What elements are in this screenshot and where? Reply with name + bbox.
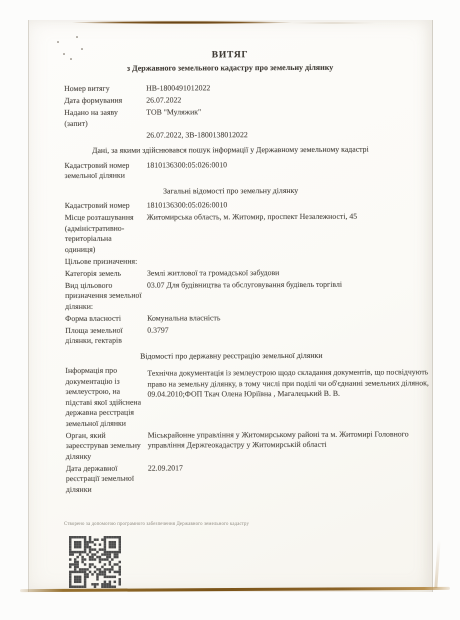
scan-speck bbox=[76, 36, 78, 38]
field-label: Орган, який зареєстрував земельну ділянк… bbox=[66, 430, 148, 462]
field-label: Категорія земель bbox=[65, 268, 147, 279]
scan-speck bbox=[63, 53, 65, 55]
field-row: Категорія земель Землі житлової та грома… bbox=[65, 267, 433, 279]
field-row: Номер витягу НВ-1800491012022 bbox=[64, 82, 432, 94]
field-row: Вид цільового призначення земельної діля… bbox=[65, 279, 433, 312]
field-label: Кадастровий номер земельної ділянки bbox=[64, 160, 146, 181]
field-label: Інформація про документацію із землеустр… bbox=[65, 366, 147, 429]
qr-code-icon bbox=[69, 536, 121, 588]
document-title: ВИТЯГ bbox=[64, 49, 396, 62]
field-value: 22.09.2017 bbox=[148, 462, 431, 495]
field-value: 26.07.2022 bbox=[146, 94, 429, 106]
section-heading-registration: Відомості про державну реєстрацію земель… bbox=[65, 350, 397, 362]
field-value: 1810136300:05:026:0010 bbox=[146, 159, 429, 181]
field-value: Комунальна власність bbox=[147, 312, 430, 324]
field-value: 03.07 Для будівництва та обслуговування … bbox=[147, 279, 430, 312]
section-heading-search: Дані, за якими здійснювався пошук інформ… bbox=[64, 145, 396, 157]
scanned-extract-page: ВИТЯГ з Державного земельного кадастру п… bbox=[28, 20, 433, 592]
document-subtitle: з Державного земельного кадастру про зем… bbox=[64, 63, 396, 74]
field-label: Дата державної реєстрації земельної діля… bbox=[66, 463, 148, 495]
field-label: Надано на заяву (запит) bbox=[64, 108, 146, 129]
field-row: Надано на заяву (запит) ТОВ "Муляжик" bbox=[64, 106, 432, 129]
scan-speck bbox=[81, 48, 83, 50]
field-row: Площа земельної ділянки, гектарів 0.3797 bbox=[65, 324, 433, 347]
generated-by-note: Створено за допомогою програмного забезп… bbox=[64, 520, 249, 531]
field-row: 26.07.2022, ЗВ-1800138012022 bbox=[64, 129, 432, 141]
field-row: Дата державної реєстрації земельної діля… bbox=[66, 462, 434, 495]
field-value: 1810136300:05:026:0010 bbox=[147, 199, 430, 211]
field-row: Місце розташування (адміністративно-тери… bbox=[65, 211, 433, 255]
field-value: Міськрайонне управління у Житомирському … bbox=[148, 429, 431, 462]
field-value: 26.07.2022, ЗВ-1800138012022 bbox=[146, 129, 429, 141]
scan-speck bbox=[70, 58, 72, 60]
field-row: Інформація про документацію із землеустр… bbox=[65, 364, 433, 429]
field-label: Місце розташування (адміністративно-тери… bbox=[65, 213, 147, 255]
field-value: ТОВ "Муляжик" bbox=[146, 106, 429, 128]
scan-speck bbox=[57, 41, 59, 43]
page-top-curl-edge bbox=[70, 21, 294, 24]
page-right-curl-edge bbox=[434, 540, 440, 588]
field-label: Кадастровий номер bbox=[65, 201, 147, 212]
field-row: Кадастровий номер 1810136300:05:026:0010 bbox=[65, 199, 433, 211]
field-value: Технічна документація із землеустрою щод… bbox=[147, 364, 430, 428]
field-label: Вид цільового призначення земельної діля… bbox=[65, 280, 147, 312]
field-value: НВ-1800491012022 bbox=[146, 82, 429, 94]
field-row: Цільове призначення: bbox=[65, 255, 433, 267]
field-label: Форма власності bbox=[65, 313, 147, 324]
field-label bbox=[64, 130, 146, 141]
field-label: Номер витягу bbox=[64, 84, 146, 95]
section-heading-general: Загальні відомості про земельну ділянку bbox=[65, 185, 397, 197]
field-label: Цільове призначення: bbox=[65, 256, 147, 267]
field-value bbox=[147, 255, 430, 267]
field-row: Орган, який зареєстрував земельну ділянк… bbox=[66, 429, 434, 462]
field-label: Площа земельної ділянки, гектарів bbox=[65, 325, 147, 346]
section-fields-registration: Інформація про документацію із землеустр… bbox=[65, 364, 434, 495]
field-value: 0.3797 bbox=[147, 324, 430, 346]
field-row: Форма власності Комунальна власність bbox=[65, 312, 433, 324]
field-row: Кадастровий номер земельної ділянки 1810… bbox=[64, 159, 432, 182]
document-content: ВИТЯГ з Державного земельного кадастру п… bbox=[64, 48, 434, 495]
field-row: Дата формування 26.07.2022 bbox=[64, 94, 432, 106]
meta-fields: Номер витягу НВ-1800491012022 Дата форму… bbox=[64, 82, 432, 141]
section-fields-search: Кадастровий номер земельної ділянки 1810… bbox=[64, 159, 432, 182]
field-value: Житомирська область, м. Житомир, проспек… bbox=[147, 211, 430, 254]
field-value: Землі житлової та громадської забудови bbox=[147, 267, 430, 279]
field-label: Дата формування bbox=[64, 96, 146, 107]
section-fields-general: Кадастровий номер 1810136300:05:026:0010… bbox=[65, 199, 434, 346]
page-top-curl-edge-faint bbox=[288, 22, 378, 24]
